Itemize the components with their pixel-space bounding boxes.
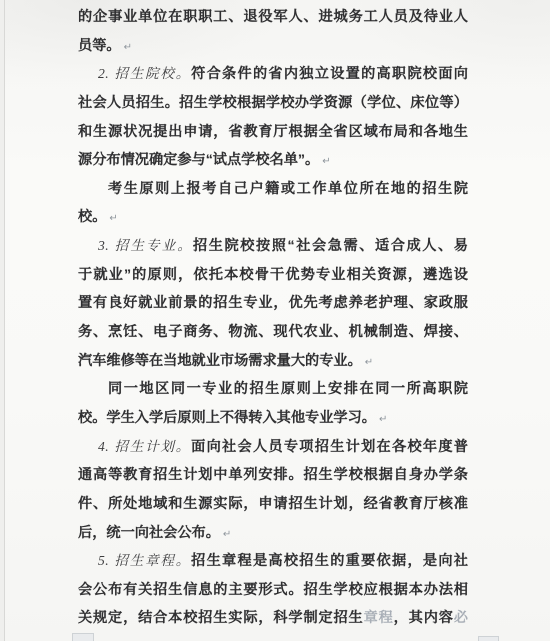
body-text-run: 校。 xyxy=(78,209,106,225)
document-line: 校。↵ xyxy=(78,203,468,232)
document-page: 的企事业单位在职职工、退役军人、进城务工人员及待业人员等。↵2. 招生院校。符合… xyxy=(0,0,550,641)
body-text-run: 必 xyxy=(454,610,468,626)
body-text-run: 通高等教育招生计划中单列安排。招生学校根据自身办学条 xyxy=(78,467,468,483)
cropped-bottom-right-element xyxy=(478,636,499,641)
document-line: 汽车维修等在当地就业市场需求量大的专业。↵ xyxy=(78,347,468,376)
item-number-label: 5. 招生章程。 xyxy=(98,553,191,568)
document-line: 校。学生入学后原则上不得转入其他专业学习。↵ xyxy=(78,404,468,433)
document-line: 员等。↵ xyxy=(78,32,468,61)
document-line: 3. 招生专业。招生院校按照“社会急需、适合成人、易 xyxy=(78,232,468,261)
paragraph-mark: ↵ xyxy=(124,42,132,53)
body-text-run: 后，统一向社会公布。 xyxy=(78,525,220,541)
document-line: 和生源状况提出申请，省教育厅根据全省区域布局和各地生 xyxy=(78,118,468,147)
body-text-run: ，其内容 xyxy=(394,610,454,626)
body-text-run: 员等。 xyxy=(78,38,121,54)
body-text-run: 源分布情况确定参与“试点学校名单”。 xyxy=(78,152,319,168)
item-number-label: 2. 招生院校。 xyxy=(98,66,191,81)
document-lines: 的企事业单位在职职工、退役军人、进城务工人员及待业人员等。↵2. 招生院校。符合… xyxy=(78,3,468,633)
document-line: 务、烹饪、电子商务、物流、现代农业、机械制造、焊接、 xyxy=(78,318,468,347)
document-line: 4. 招生计划。面向社会人员专项招生计划在各校年度普 xyxy=(78,433,468,462)
body-text-run: 汽车维修等在当地就业市场需求量大的专业。 xyxy=(78,353,362,369)
document-line: 社会人员招生。招生学校根据学校办学资源（学位、床位等） xyxy=(78,89,468,118)
document-line: 件、所处地域和生源实际，申请招生计划，经省教育厅核准 xyxy=(78,490,468,519)
body-text-run: 于就业”的原则，依托本校骨干优势专业相关资源，遴选设 xyxy=(78,267,468,283)
body-text-run: 会公布有关招生信息的主要形式。招生学校应根据本办法相 xyxy=(78,582,468,598)
item-number-label: 4. 招生计划。 xyxy=(98,439,191,454)
document-line: 考生原则上报考自己户籍或工作单位所在地的招生院 xyxy=(78,175,468,204)
cropped-bottom-left-element xyxy=(72,633,94,641)
document-line: 关规定，结合本校招生实际，科学制定招生章程，其内容必 xyxy=(78,604,468,633)
body-text-run: 置有良好就业前景的招生专业，优先考虑养老护理、家政服 xyxy=(78,295,468,311)
body-text-run: 务、烹饪、电子商务、物流、现代农业、机械制造、焊接、 xyxy=(78,324,468,340)
paragraph-mark: ↵ xyxy=(322,156,330,167)
body-text-run: 关规定，结合本校招生实际，科学制定招生 xyxy=(78,610,364,626)
body-text-run: 社会人员招生。招生学校根据学校办学资源（学位、床位等） xyxy=(78,95,468,111)
document-line: 后，统一向社会公布。↵ xyxy=(78,519,468,548)
document-line: 5. 招生章程。招生章程是高校招生的重要依据，是向社 xyxy=(78,547,468,576)
body-text-run: 件、所处地域和生源实际，申请招生计划，经省教育厅核准 xyxy=(78,496,468,512)
document-line: 于就业”的原则，依托本校骨干优势专业相关资源，遴选设 xyxy=(78,261,468,290)
body-text-run: 招生章程是高校招生的重要依据，是向社 xyxy=(191,553,468,569)
body-text-run: 和生源状况提出申请，省教育厅根据全省区域布局和各地生 xyxy=(78,124,468,140)
document-line: 源分布情况确定参与“试点学校名单”。↵ xyxy=(78,146,468,175)
page-left-edge xyxy=(0,0,5,641)
paragraph-mark: ↵ xyxy=(109,213,117,224)
document-line: 通高等教育招生计划中单列安排。招生学校根据自身办学条 xyxy=(78,461,468,490)
body-text-run: 考生原则上报考自己户籍或工作单位所在地的招生院 xyxy=(108,181,468,197)
body-text-run: 校。学生入学后原则上不得转入其他专业学习。 xyxy=(78,410,376,426)
body-text-run: 同一地区同一专业的招生原则上安排在同一所高职院 xyxy=(108,381,468,397)
paragraph-mark: ↵ xyxy=(379,414,387,425)
body-text-run: 符合条件的省内独立设置的高职院校面向 xyxy=(191,66,468,82)
paragraph-mark: ↵ xyxy=(365,357,373,368)
body-text-run: 章程 xyxy=(364,610,394,626)
body-text-run: 招生院校按照“社会急需、适合成人、易 xyxy=(193,238,468,254)
paragraph-mark: ↵ xyxy=(223,529,231,540)
body-text-run: 面向社会人员专项招生计划在各校年度普 xyxy=(191,439,468,455)
document-line: 同一地区同一专业的招生原则上安排在同一所高职院 xyxy=(78,375,468,404)
item-number-label: 3. 招生专业。 xyxy=(98,238,193,253)
document-line: 的企事业单位在职职工、退役军人、进城务工人员及待业人 xyxy=(78,3,468,32)
document-line: 2. 招生院校。符合条件的省内独立设置的高职院校面向 xyxy=(78,60,468,89)
document-line: 置有良好就业前景的招生专业，优先考虑养老护理、家政服 xyxy=(78,289,468,318)
body-text-run: 的企事业单位在职职工、退役军人、进城务工人员及待业人 xyxy=(78,9,468,25)
document-line: 会公布有关招生信息的主要形式。招生学校应根据本办法相 xyxy=(78,576,468,605)
